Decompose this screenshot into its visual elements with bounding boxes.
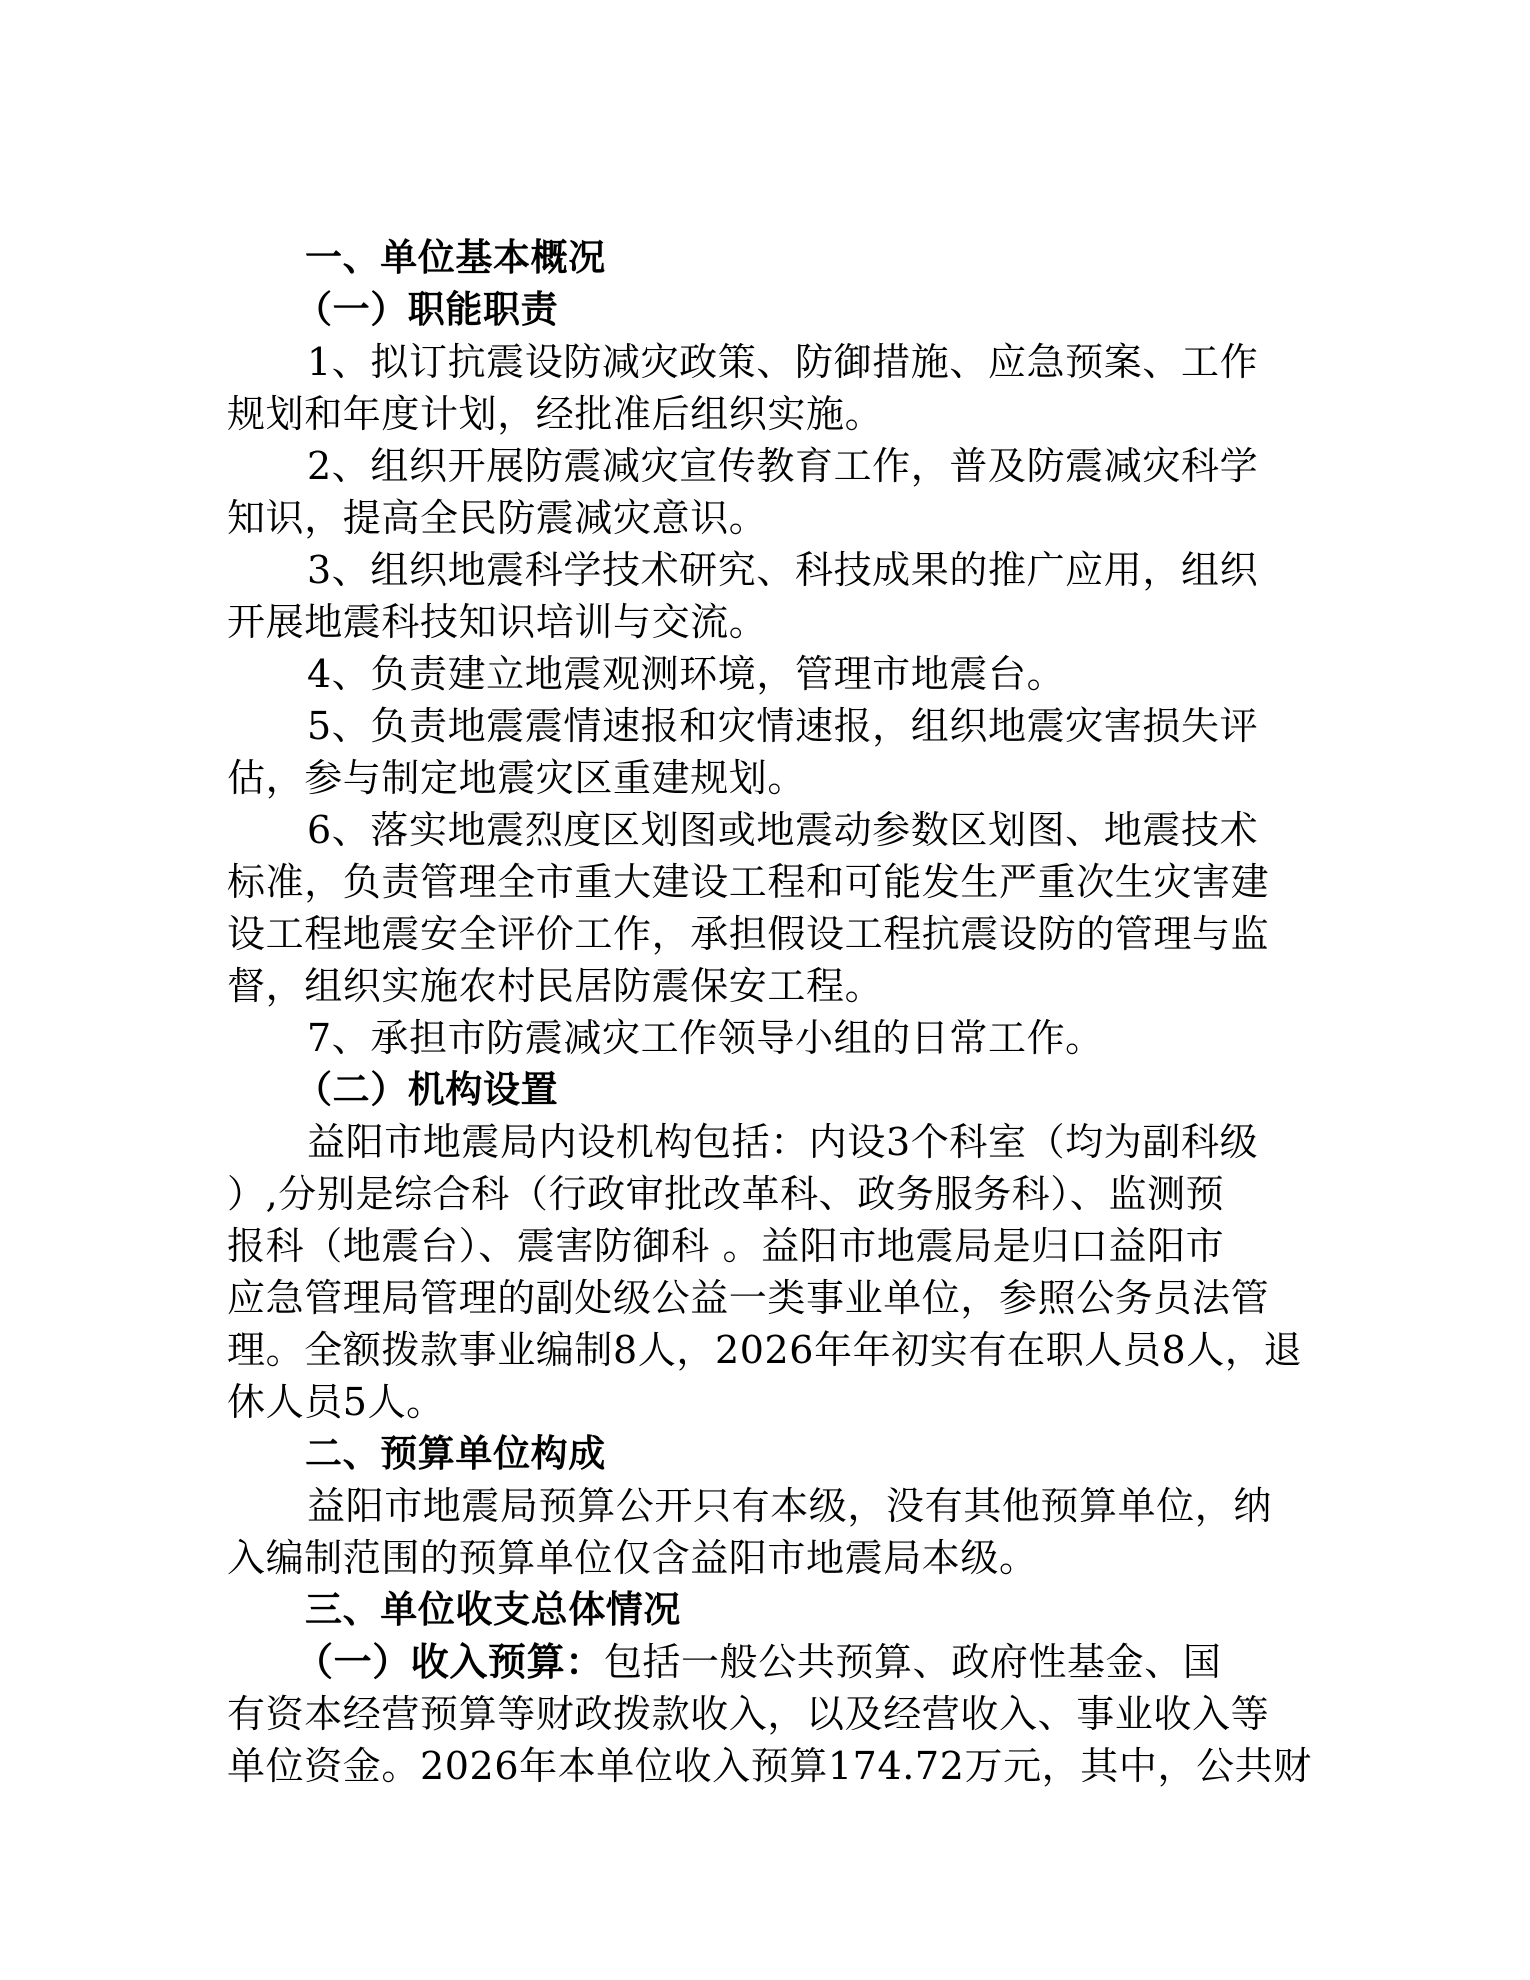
income-budget-label: （一）收入预算： xyxy=(295,1640,604,1684)
duty-1-line-2: 规划和年度计划，经批准后组织实施。 xyxy=(227,388,1287,440)
org-line-4: 应急管理局管理的副处级公益一类事业单位，参照公务员法管 xyxy=(227,1272,1287,1324)
income-budget-line-3: 单位资金。2026年本单位收入预算174.72万元，其中，公共财 xyxy=(227,1740,1287,1792)
duty-1-line-1: 1、拟订抗震设防减灾政策、防御措施、应急预案、工作 xyxy=(227,336,1287,388)
duty-6-line-2: 标准，负责管理全市重大建设工程和可能发生严重次生灾害建 xyxy=(227,856,1287,908)
section-heading-1: 一、单位基本概况 xyxy=(227,232,1287,284)
duty-2-line-1: 2、组织开展防震减灾宣传教育工作，普及防震减灾科学 xyxy=(227,440,1287,492)
income-budget-line-2: 有资本经营预算等财政拨款收入，以及经营收入、事业收入等 xyxy=(227,1688,1287,1740)
org-line-1: 益阳市地震局内设机构包括：内设3个科室（均为副科级 xyxy=(227,1116,1287,1168)
duty-5-line-2: 估，参与制定地震灾区重建规划。 xyxy=(227,752,1287,804)
income-budget-text: 包括一般公共预算、政府性基金、国 xyxy=(604,1640,1222,1684)
subsection-heading-organization: （二）机构设置 xyxy=(227,1064,1287,1116)
org-line-6: 休人员5人。 xyxy=(227,1376,1287,1428)
budget-units-line-2: 入编制范围的预算单位仅含益阳市地震局本级。 xyxy=(227,1532,1287,1584)
duty-3-line-1: 3、组织地震科学技术研究、科技成果的推广应用，组织 xyxy=(227,544,1287,596)
section-heading-2: 二、预算单位构成 xyxy=(227,1428,1287,1480)
section-heading-3: 三、单位收支总体情况 xyxy=(227,1584,1287,1636)
duty-2-line-2: 知识，提高全民防震减灾意识。 xyxy=(227,492,1287,544)
duty-6-line-3: 设工程地震安全评价工作，承担假设工程抗震设防的管理与监 xyxy=(227,908,1287,960)
duty-4-line-1: 4、负责建立地震观测环境，管理市地震台。 xyxy=(227,648,1287,700)
duty-7-line-1: 7、承担市防震减灾工作领导小组的日常工作。 xyxy=(227,1012,1287,1064)
org-line-2: ）,分别是综合科（行政审批改革科、政务服务科）、监测预 xyxy=(227,1168,1287,1220)
subsection-heading-duties: （一）职能职责 xyxy=(227,284,1287,336)
budget-units-line-1: 益阳市地震局预算公开只有本级，没有其他预算单位，纳 xyxy=(227,1480,1287,1532)
duty-6-line-4: 督，组织实施农村民居防震保安工程。 xyxy=(227,960,1287,1012)
org-line-5: 理。全额拨款事业编制8人，2026年年初实有在职人员8人，退 xyxy=(227,1324,1287,1376)
document-body: 一、单位基本概况 （一）职能职责 1、拟订抗震设防减灾政策、防御措施、应急预案、… xyxy=(227,232,1287,1792)
duty-5-line-1: 5、负责地震震情速报和灾情速报，组织地震灾害损失评 xyxy=(227,700,1287,752)
income-budget-line-1: （一）收入预算：包括一般公共预算、政府性基金、国 xyxy=(227,1636,1287,1688)
duty-6-line-1: 6、落实地震烈度区划图或地震动参数区划图、地震技术 xyxy=(227,804,1287,856)
document-page: 一、单位基本概况 （一）职能职责 1、拟订抗震设防减灾政策、防御措施、应急预案、… xyxy=(0,0,1530,1980)
duty-3-line-2: 开展地震科技知识培训与交流。 xyxy=(227,596,1287,648)
org-line-3: 报科（地震台）、震害防御科 。益阳市地震局是归口益阳市 xyxy=(227,1220,1287,1272)
